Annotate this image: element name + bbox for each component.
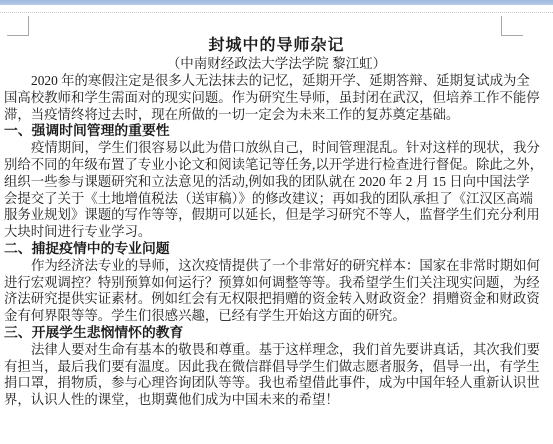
document-byline: （中南财经政法大学法学院 黎江虹） (0, 55, 553, 72)
document-line: 服务业规划》课题的写作等等，假期可以延长，但是学习研究不等人，监督学生们充分利用 (4, 207, 549, 224)
document-line: 2020 年的寒假注定是很多人无法抹去的记忆，延期开学、延期答辩、延期复试成为全 (4, 73, 549, 90)
document-line: 国高校教师和学生需面对的现实问题。作为研究生导师，虽封闭在武汉，但培养工作不能停 (4, 90, 549, 107)
document-line: 别给不同的年级布置了专业小论文和阅读笔记等任务,以开学进行检查进行督促。除此之外… (4, 157, 549, 174)
document-body: 2020 年的寒假注定是很多人无法抹去的记忆，延期开学、延期答辩、延期复试成为全… (0, 73, 553, 409)
document-line: 进行宏观调控？特别预算如何运行？预算如何调整等等。我希望学生们关注现实问题，为经 (4, 275, 549, 292)
document-line: 金有何界限等等。学生们很感兴趣，已经有学生开始这方面的研究。 (4, 308, 549, 325)
document-line: 会提交了关于《土地增值税法（送审稿）》的修改建议；再如我的团队承担了《江汉区高端 (4, 191, 549, 208)
crop-mark-left-icon (7, 16, 29, 36)
document-line: 疫情期间，学生们很容易以此为借口放纵自己，时间管理混乱。针对这样的现状，我分 (4, 140, 549, 157)
text-boundary-line (0, 12, 553, 13)
document-window: 封城中的导师杂记 （中南财经政法大学法学院 黎江虹） 2020 年的寒假注定是很… (0, 0, 553, 444)
document-line: 法律人要对生命有基本的敬畏和尊重。基于这样理念，我们首先要讲真话，其次我们要 (4, 342, 549, 359)
document-line: 滞，当疫情终将过去时，现在所做的一切一定会为未来工作的复苏奠定基础。 (4, 107, 549, 124)
document-line: 大块时间进行专业学习。 (4, 224, 549, 241)
document-line: 捐口罩，捐物质，参与心理咨询团队等等。我也希望借此事件，成为中国年轻人重新认识世 (4, 375, 549, 392)
document-page: 封城中的导师杂记 （中南财经政法大学法学院 黎江虹） 2020 年的寒假注定是很… (0, 5, 553, 444)
document-line: 组织一些参与课题研究和立法意见的活动,例如我的团队就在 2020 年 2 月 1… (4, 174, 549, 191)
document-line: 三、开展学生悲悯情怀的教育 (4, 325, 549, 342)
document-line: 界，认识人性的课堂，也期冀他们成为中国未来的希望！ (4, 392, 549, 409)
document-line: 作为经济法专业的导师，这次疫情提供了一个非常好的研究样本：国家在非常时期如何 (4, 258, 549, 275)
document-line: 一、强调时间管理的重要性 (4, 123, 549, 140)
document-line: 有担当，最后我们要有温度。因此我在微信群倡导学生们做志愿者服务，倡导一出，有学生 (4, 359, 549, 376)
crop-mark-right-icon (501, 16, 523, 36)
document-line: 济法研究提供实证素材。例如红会有无权限把捐赠的资金转入财政资金？捐赠资金和财政资 (4, 291, 549, 308)
document-title: 封城中的导师杂记 (0, 36, 553, 55)
document-line: 二、捕捉疫情中的专业问题 (4, 241, 549, 258)
